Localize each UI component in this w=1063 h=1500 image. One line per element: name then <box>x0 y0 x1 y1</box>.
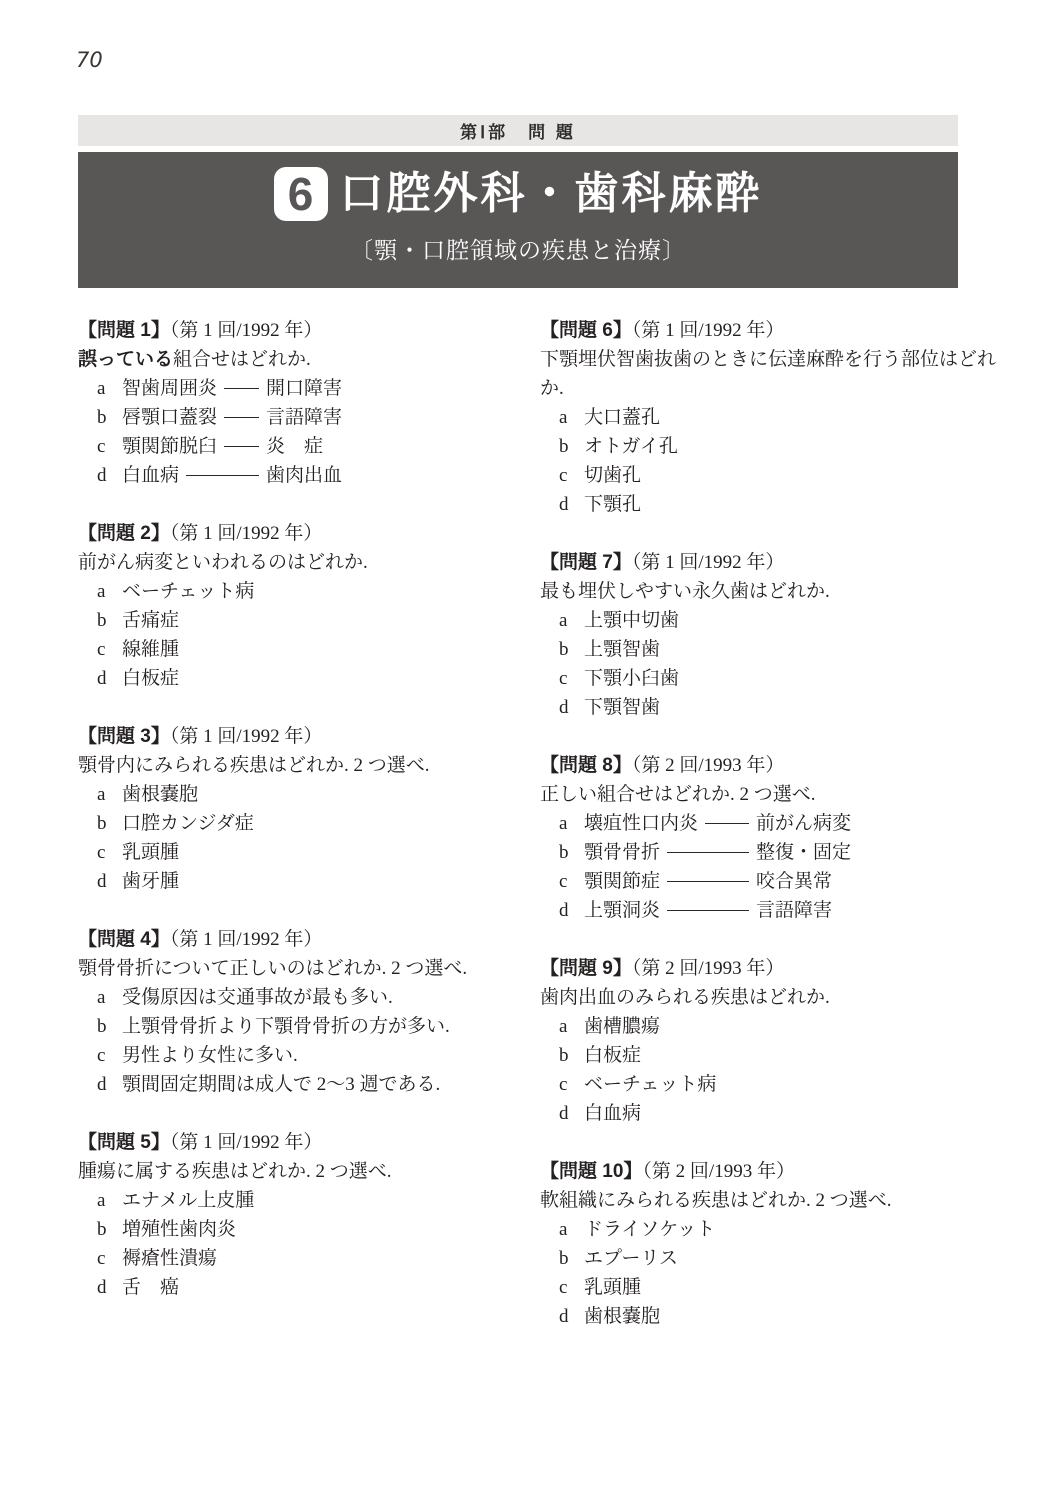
pair-left-term: 唇顎口蓋裂 <box>122 403 217 432</box>
option-row: a歯槽膿瘍 <box>540 1012 1000 1041</box>
chapter-title: 口腔外科・歯科麻酔 <box>340 168 763 221</box>
option-text: 歯牙腫 <box>122 867 514 896</box>
question-block: 【問題 10】（第 2 回/1993 年）軟組織にみられる疾患はどれか. 2 つ… <box>540 1157 1000 1331</box>
option-pair: 智歯周囲炎開口障害 <box>122 374 344 403</box>
option-letter: c <box>559 867 584 896</box>
option-letter: a <box>559 809 584 838</box>
option-text: 乳頭腫 <box>584 1273 1000 1302</box>
question-stem-text: 下顎埋伏智歯抜歯のときに伝達麻酔を行う部位はどれか. <box>540 349 996 399</box>
question-header: 【問題 10】（第 2 回/1993 年） <box>540 1157 1000 1186</box>
dash-line <box>667 852 749 853</box>
option-letter: a <box>97 780 122 809</box>
question-source: （第 1 回/1992 年） <box>170 726 323 747</box>
option-letter: c <box>97 432 122 461</box>
pair-right-term: 前がん病変 <box>756 809 852 838</box>
option-row: b上顎骨骨折より下顎骨骨折の方が多い. <box>78 1012 514 1041</box>
dash-line <box>667 910 749 911</box>
question-label: 【問題 10】 <box>540 1161 642 1182</box>
question-source: （第 2 回/1993 年） <box>632 755 785 776</box>
option-row: d上顎洞炎言語障害 <box>540 896 1000 925</box>
question-stem-text: 顎骨内にみられる疾患はどれか. 2 つ選べ. <box>78 755 430 776</box>
question-stem-text: 最も埋伏しやすい永久歯はどれか. <box>540 581 830 602</box>
pair-right-term: 開口障害 <box>266 374 344 403</box>
option-row: b顎骨骨折整復・固定 <box>540 838 1000 867</box>
option-row: c乳頭腫 <box>540 1273 1000 1302</box>
question-source: （第 1 回/1992 年） <box>170 1132 323 1153</box>
option-text: 白板症 <box>122 664 514 693</box>
question-label: 【問題 9】 <box>540 958 632 979</box>
question-stem: 最も埋伏しやすい永久歯はどれか. <box>540 577 1000 606</box>
option-text: 顎間固定期間は成人で 2～3 週である. <box>122 1070 514 1099</box>
option-row: d舌 癌 <box>78 1273 514 1302</box>
question-source: （第 2 回/1993 年） <box>632 958 785 979</box>
option-text: 下顎小臼歯 <box>584 664 1000 693</box>
option-letter: b <box>559 635 584 664</box>
option-row: d顎間固定期間は成人で 2～3 週である. <box>78 1070 514 1099</box>
option-row: b舌痛症 <box>78 606 514 635</box>
pair-right-term: 言語障害 <box>266 403 344 432</box>
option-letter: b <box>97 1215 122 1244</box>
question-stem: 顎骨骨折について正しいのはどれか. 2 つ選べ. <box>78 954 514 983</box>
question-block: 【問題 5】（第 1 回/1992 年）腫瘍に属する疾患はどれか. 2 つ選べ.… <box>78 1128 514 1302</box>
question-stem-text: 顎骨骨折について正しいのはどれか. 2 つ選べ. <box>78 958 467 979</box>
pair-right-term: 整復・固定 <box>756 838 852 867</box>
option-letter: b <box>559 838 584 867</box>
option-row: d白血病歯肉出血 <box>78 461 514 490</box>
option-letter: b <box>97 809 122 838</box>
option-text: ベーチェット病 <box>584 1070 1000 1099</box>
option-letter: a <box>97 577 122 606</box>
option-row: d歯牙腫 <box>78 867 514 896</box>
option-pair: 壊疽性口内炎前がん病変 <box>584 809 852 838</box>
option-letter: d <box>559 490 584 519</box>
option-text: 白血病 <box>584 1099 1000 1128</box>
option-letter: c <box>559 664 584 693</box>
pair-left-term: 壊疽性口内炎 <box>584 809 698 838</box>
dash-line <box>705 823 749 824</box>
option-text: 口腔カンジダ症 <box>122 809 514 838</box>
part-bar-label: 第Ⅰ部 問 題 <box>460 118 576 143</box>
option-text: 線維腫 <box>122 635 514 664</box>
option-letter: b <box>559 1041 584 1070</box>
option-letter: c <box>97 1041 122 1070</box>
pair-left-term: 顎骨骨折 <box>584 838 660 867</box>
question-block: 【問題 1】（第 1 回/1992 年）誤っている組合せはどれか.a智歯周囲炎開… <box>78 316 514 490</box>
option-letter: d <box>559 896 584 925</box>
option-row: a受傷原因は交通事故が最も多い. <box>78 983 514 1012</box>
option-letter: c <box>97 838 122 867</box>
option-text: 歯根嚢胞 <box>122 780 514 809</box>
option-pair: 顎関節脱臼炎 症 <box>122 432 344 461</box>
question-label: 【問題 2】 <box>78 523 170 544</box>
question-block: 【問題 2】（第 1 回/1992 年）前がん病変といわれるのはどれか.aベーチ… <box>78 519 514 693</box>
option-row: b上顎智歯 <box>540 635 1000 664</box>
dash-line <box>224 417 259 418</box>
option-letter: b <box>559 432 584 461</box>
option-row: d歯根嚢胞 <box>540 1302 1000 1331</box>
question-source: （第 1 回/1992 年） <box>170 929 323 950</box>
question-label: 【問題 4】 <box>78 929 170 950</box>
option-row: a大口蓋孔 <box>540 403 1000 432</box>
option-letter: b <box>97 1012 122 1041</box>
question-label: 【問題 6】 <box>540 320 632 341</box>
question-source: （第 1 回/1992 年） <box>170 320 323 341</box>
question-header: 【問題 2】（第 1 回/1992 年） <box>78 519 514 548</box>
option-text: 切歯孔 <box>584 461 1000 490</box>
option-letter: c <box>97 635 122 664</box>
pair-left-term: 顎関節脱臼 <box>122 432 217 461</box>
pair-right-term: 言語障害 <box>756 896 852 925</box>
chapter-band: 6 口腔外科・歯科麻酔 〔顎・口腔領域の疾患と治療〕 <box>78 152 958 288</box>
question-stem: 歯肉出血のみられる疾患はどれか. <box>540 983 1000 1012</box>
option-row: bオトガイ孔 <box>540 432 1000 461</box>
option-letter: d <box>559 1099 584 1128</box>
question-header: 【問題 3】（第 1 回/1992 年） <box>78 722 514 751</box>
pair-right-term: 炎 症 <box>266 432 344 461</box>
option-row: c褥瘡性潰瘍 <box>78 1244 514 1273</box>
question-stem-bold: 誤っている <box>78 349 173 370</box>
question-stem: 下顎埋伏智歯抜歯のときに伝達麻酔を行う部位はどれか. <box>540 345 1000 403</box>
question-stem: 腫瘍に属する疾患はどれか. 2 つ選べ. <box>78 1157 514 1186</box>
pair-right-term: 歯肉出血 <box>266 461 344 490</box>
option-pair: 唇顎口蓋裂言語障害 <box>122 403 344 432</box>
option-text: 上顎骨骨折より下顎骨骨折の方が多い. <box>122 1012 514 1041</box>
option-row: c顎関節脱臼炎 症 <box>78 432 514 461</box>
chapter-number-badge: 6 <box>274 167 328 221</box>
option-letter: d <box>559 1302 584 1331</box>
question-block: 【問題 3】（第 1 回/1992 年）顎骨内にみられる疾患はどれか. 2 つ選… <box>78 722 514 896</box>
option-row: aベーチェット病 <box>78 577 514 606</box>
option-letter: a <box>97 983 122 1012</box>
option-row: c顎関節症咬合異常 <box>540 867 1000 896</box>
option-text: 褥瘡性潰瘍 <box>122 1244 514 1273</box>
option-letter: c <box>559 461 584 490</box>
option-row: d下顎孔 <box>540 490 1000 519</box>
dash-line <box>667 881 749 882</box>
question-stem-text: 前がん病変といわれるのはどれか. <box>78 552 368 573</box>
question-block: 【問題 7】（第 1 回/1992 年）最も埋伏しやすい永久歯はどれか.a上顎中… <box>540 548 1000 722</box>
option-text: 下顎孔 <box>584 490 1000 519</box>
question-block: 【問題 6】（第 1 回/1992 年）下顎埋伏智歯抜歯のときに伝達麻酔を行う部… <box>540 316 1000 519</box>
option-text: ベーチェット病 <box>122 577 514 606</box>
option-row: c男性より女性に多い. <box>78 1041 514 1070</box>
option-row: c下顎小臼歯 <box>540 664 1000 693</box>
option-pair: 上顎洞炎言語障害 <box>584 896 852 925</box>
option-letter: d <box>559 693 584 722</box>
pair-right-term: 咬合異常 <box>756 867 852 896</box>
questions-area: 【問題 1】（第 1 回/1992 年）誤っている組合せはどれか.a智歯周囲炎開… <box>78 316 1000 1360</box>
option-text: 舌 癌 <box>122 1273 514 1302</box>
option-text: 大口蓋孔 <box>584 403 1000 432</box>
question-stem-text: 歯肉出血のみられる疾患はどれか. <box>540 987 830 1008</box>
question-stem-text: 軟組織にみられる疾患はどれか. 2 つ選べ. <box>540 1190 892 1211</box>
option-letter: c <box>559 1273 584 1302</box>
option-row: c切歯孔 <box>540 461 1000 490</box>
chapter-title-row: 6 口腔外科・歯科麻酔 <box>78 167 958 221</box>
question-source: （第 2 回/1993 年） <box>642 1161 795 1182</box>
option-text: 受傷原因は交通事故が最も多い. <box>122 983 514 1012</box>
question-source: （第 1 回/1992 年） <box>632 552 785 573</box>
question-header: 【問題 7】（第 1 回/1992 年） <box>540 548 1000 577</box>
option-letter: c <box>559 1070 584 1099</box>
option-row: b口腔カンジダ症 <box>78 809 514 838</box>
question-stem: 軟組織にみられる疾患はどれか. 2 つ選べ. <box>540 1186 1000 1215</box>
option-text: エプーリス <box>584 1244 1000 1273</box>
question-stem-text: 正しい組合せはどれか. 2 つ選べ. <box>540 784 816 805</box>
option-text: 歯根嚢胞 <box>584 1302 1000 1331</box>
option-text: 上顎智歯 <box>584 635 1000 664</box>
question-stem: 正しい組合せはどれか. 2 つ選べ. <box>540 780 1000 809</box>
option-letter: d <box>97 867 122 896</box>
question-header: 【問題 6】（第 1 回/1992 年） <box>540 316 1000 345</box>
option-letter: a <box>97 1186 122 1215</box>
question-header: 【問題 9】（第 2 回/1993 年） <box>540 954 1000 983</box>
option-letter: c <box>97 1244 122 1273</box>
question-block: 【問題 9】（第 2 回/1993 年）歯肉出血のみられる疾患はどれか.a歯槽膿… <box>540 954 1000 1128</box>
option-row: d下顎智歯 <box>540 693 1000 722</box>
option-letter: d <box>97 664 122 693</box>
option-text: 舌痛症 <box>122 606 514 635</box>
option-row: a歯根嚢胞 <box>78 780 514 809</box>
question-block: 【問題 8】（第 2 回/1993 年）正しい組合せはどれか. 2 つ選べ.a壊… <box>540 751 1000 925</box>
option-text: オトガイ孔 <box>584 432 1000 461</box>
dash-line <box>186 475 259 476</box>
option-row: a智歯周囲炎開口障害 <box>78 374 514 403</box>
option-row: aドライソケット <box>540 1215 1000 1244</box>
option-row: c線維腫 <box>78 635 514 664</box>
question-source: （第 1 回/1992 年） <box>632 320 785 341</box>
option-text: 歯槽膿瘍 <box>584 1012 1000 1041</box>
page-number: 70 <box>76 48 103 72</box>
question-block: 【問題 4】（第 1 回/1992 年）顎骨骨折について正しいのはどれか. 2 … <box>78 925 514 1099</box>
option-text: 上顎中切歯 <box>584 606 1000 635</box>
question-label: 【問題 8】 <box>540 755 632 776</box>
option-row: cベーチェット病 <box>540 1070 1000 1099</box>
question-header: 【問題 1】（第 1 回/1992 年） <box>78 316 514 345</box>
question-label: 【問題 1】 <box>78 320 170 341</box>
option-pair: 顎骨骨折整復・固定 <box>584 838 852 867</box>
question-label: 【問題 7】 <box>540 552 632 573</box>
pair-left-term: 白血病 <box>122 461 179 490</box>
option-row: aエナメル上皮腫 <box>78 1186 514 1215</box>
question-source: （第 1 回/1992 年） <box>170 523 323 544</box>
option-row: a壊疽性口内炎前がん病変 <box>540 809 1000 838</box>
option-row: b増殖性歯肉炎 <box>78 1215 514 1244</box>
question-stem: 前がん病変といわれるのはどれか. <box>78 548 514 577</box>
option-letter: a <box>559 1012 584 1041</box>
pair-left-term: 上顎洞炎 <box>584 896 660 925</box>
pair-left-term: 智歯周囲炎 <box>122 374 217 403</box>
question-label: 【問題 5】 <box>78 1132 170 1153</box>
option-text: 下顎智歯 <box>584 693 1000 722</box>
option-letter: a <box>97 374 122 403</box>
option-pair: 白血病歯肉出血 <box>122 461 344 490</box>
option-row: d白板症 <box>78 664 514 693</box>
pair-left-term: 顎関節症 <box>584 867 660 896</box>
option-letter: b <box>97 606 122 635</box>
questions-left-column: 【問題 1】（第 1 回/1992 年）誤っている組合せはどれか.a智歯周囲炎開… <box>78 316 514 1360</box>
questions-right-column: 【問題 6】（第 1 回/1992 年）下顎埋伏智歯抜歯のときに伝達麻酔を行う部… <box>540 316 1000 1360</box>
option-text: 乳頭腫 <box>122 838 514 867</box>
option-letter: a <box>559 403 584 432</box>
option-letter: d <box>97 461 122 490</box>
question-stem-text: 腫瘍に属する疾患はどれか. 2 つ選べ. <box>78 1161 392 1182</box>
option-text: 増殖性歯肉炎 <box>122 1215 514 1244</box>
option-text: 白板症 <box>584 1041 1000 1070</box>
chapter-subtitle: 〔顎・口腔領域の疾患と治療〕 <box>78 232 958 265</box>
question-header: 【問題 5】（第 1 回/1992 年） <box>78 1128 514 1157</box>
option-letter: a <box>559 606 584 635</box>
option-row: b白板症 <box>540 1041 1000 1070</box>
option-text: エナメル上皮腫 <box>122 1186 514 1215</box>
question-stem-text: 組合せはどれか. <box>173 349 311 370</box>
option-letter: a <box>559 1215 584 1244</box>
option-letter: b <box>559 1244 584 1273</box>
option-row: bエプーリス <box>540 1244 1000 1273</box>
option-text: ドライソケット <box>584 1215 1000 1244</box>
question-stem: 誤っている組合せはどれか. <box>78 345 514 374</box>
option-letter: b <box>97 403 122 432</box>
part-bar: 第Ⅰ部 問 題 <box>78 115 958 146</box>
question-label: 【問題 3】 <box>78 726 170 747</box>
option-row: c乳頭腫 <box>78 838 514 867</box>
option-letter: d <box>97 1070 122 1099</box>
option-row: a上顎中切歯 <box>540 606 1000 635</box>
option-row: d白血病 <box>540 1099 1000 1128</box>
option-letter: d <box>97 1273 122 1302</box>
option-text: 男性より女性に多い. <box>122 1041 514 1070</box>
question-header: 【問題 4】（第 1 回/1992 年） <box>78 925 514 954</box>
option-pair: 顎関節症咬合異常 <box>584 867 852 896</box>
dash-line <box>224 446 259 447</box>
question-stem: 顎骨内にみられる疾患はどれか. 2 つ選べ. <box>78 751 514 780</box>
option-row: b唇顎口蓋裂言語障害 <box>78 403 514 432</box>
dash-line <box>224 388 259 389</box>
question-header: 【問題 8】（第 2 回/1993 年） <box>540 751 1000 780</box>
